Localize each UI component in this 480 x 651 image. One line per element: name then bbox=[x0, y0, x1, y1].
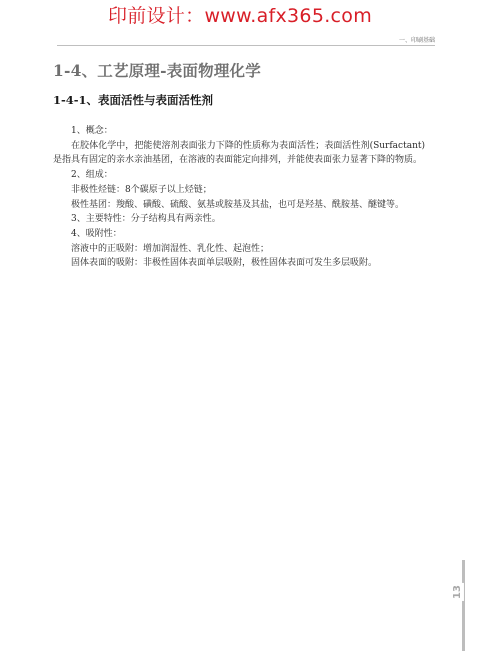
section-title: 1-4-1、表面活性与表面活性剂 bbox=[53, 92, 213, 108]
running-header: 一、印刷基础 bbox=[399, 37, 435, 45]
body-content: 1、概念： 在胶体化学中，把能使溶剂表面张力下降的性质称为表面活性；表面活性剂(… bbox=[53, 124, 425, 271]
watermark-banner: 印前设计：www.afx365.com bbox=[0, 4, 480, 28]
nonpolar-chain-text: 非极性烃链：8个碳原子以上烃链； bbox=[53, 183, 425, 198]
adsorption-heading: 4、吸附性： bbox=[53, 227, 425, 242]
concept-definition: 在胶体化学中，把能使溶剂表面张力下降的性质称为表面活性；表面活性剂(Surfac… bbox=[53, 139, 425, 168]
polar-group-text: 极性基团：羧酸、磺酸、硫酸、氨基或胺基及其盐，也可是羟基、酰胺基、醚键等。 bbox=[53, 198, 425, 213]
composition-heading: 2、组成： bbox=[53, 168, 425, 183]
main-property-text: 3、主要特性：分子结构具有两亲性。 bbox=[53, 212, 425, 227]
header-divider bbox=[57, 45, 435, 46]
chapter-title: 1-4、工艺原理-表面物理化学 bbox=[53, 60, 261, 82]
page-number: 13 bbox=[452, 583, 464, 601]
page-edge-bar bbox=[462, 560, 465, 651]
solution-adsorption-text: 溶液中的正吸附：增加润湿性、乳化性、起泡性； bbox=[53, 242, 425, 257]
solid-adsorption-text: 固体表面的吸附：非极性固体表面单层吸附，极性固体表面可发生多层吸附。 bbox=[53, 256, 425, 271]
concept-heading: 1、概念： bbox=[53, 124, 425, 139]
